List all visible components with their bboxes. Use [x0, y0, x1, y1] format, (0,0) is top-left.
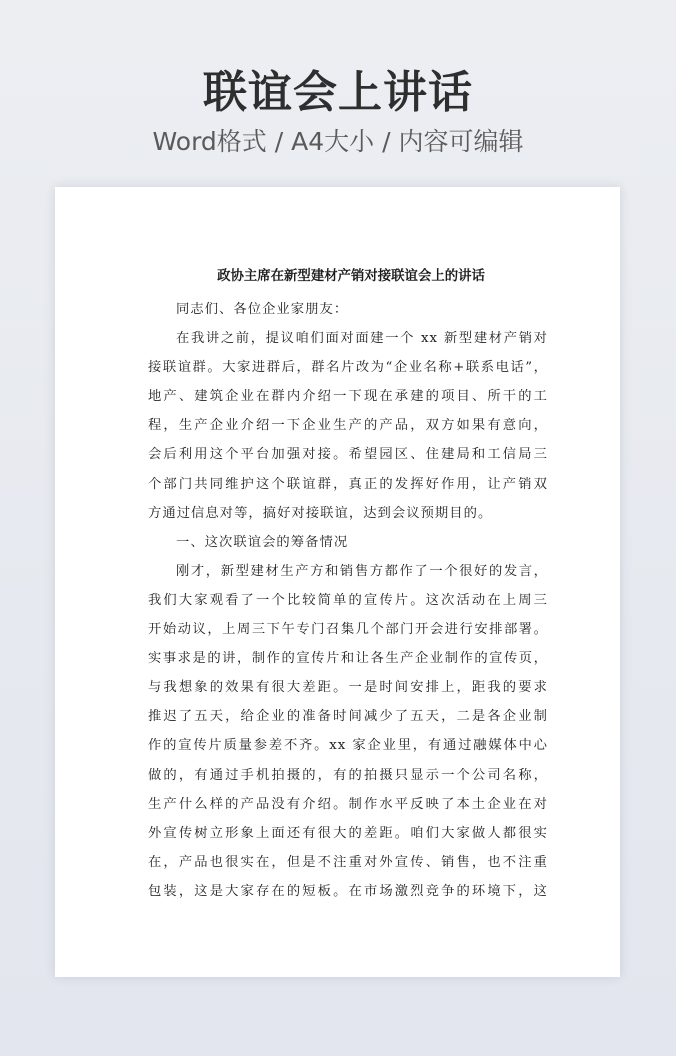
text-line: 接联谊群。大家进群后，群名片改为“企业名称+联系电话”，	[148, 353, 548, 382]
text-line: 方通过信息对等，搞好对接联谊，达到会议预期目的。	[148, 499, 548, 528]
intro-paragraph: 在我讲之前，提议咱们面对面建一个 xx 新型建材产销对 接联谊群。大家进群后，群…	[148, 324, 548, 528]
text-line: 生产什么样的产品没有介绍。制作水平反映了本土企业在对	[148, 790, 548, 819]
section-paragraph: 刚才，新型建材生产方和销售方都作了一个很好的发言， 我们大家观看了一个比较简单的…	[148, 557, 548, 906]
document-page: 政协主席在新型建材产销对接联谊会上的讲话 同志们、各位企业家朋友： 在我讲之前，…	[55, 187, 620, 977]
banner-title: 联谊会上讲话	[0, 62, 676, 124]
text-line: 做的，有通过手机拍摄的，有的拍摄只显示一个公司名称，	[148, 761, 548, 790]
text-line: 程，生产企业介绍一下企业生产的产品，双方如果有意向，	[148, 411, 548, 440]
section-heading: 一、这次联谊会的筹备情况	[148, 528, 548, 557]
text-line: 外宣传树立形象上面还有很大的差距。咱们大家做人都很实	[148, 819, 548, 848]
text-line: 推迟了五天，给企业的准备时间减少了五天，二是各企业制	[148, 702, 548, 731]
text-line: 开始动议，上周三下午专门召集几个部门开会进行安排部署。	[148, 615, 548, 644]
banner-subtitle: Word格式 / A4大小 / 内容可编辑	[0, 124, 676, 160]
text-line: 一、这次联谊会的筹备情况	[148, 528, 548, 557]
text-line: 在，产品也很实在，但是不注重对外宣传、销售，也不注重	[148, 848, 548, 877]
banner-header: 联谊会上讲话 Word格式 / A4大小 / 内容可编辑	[0, 62, 676, 160]
text-line: 地产、建筑企业在群内介绍一下现在承建的项目、所干的工	[148, 382, 548, 411]
document-body: 政协主席在新型建材产销对接联谊会上的讲话 同志们、各位企业家朋友： 在我讲之前，…	[148, 265, 548, 906]
text-line: 刚才，新型建材生产方和销售方都作了一个很好的发言，	[148, 557, 548, 586]
text-line: 同志们、各位企业家朋友：	[148, 295, 548, 324]
text-line: 作的宣传片质量参差不齐。xx 家企业里，有通过融媒体中心	[148, 731, 548, 760]
text-line: 实事求是的讲，制作的宣传片和让各生产企业制作的宣传页，	[148, 644, 548, 673]
text-line: 在我讲之前，提议咱们面对面建一个 xx 新型建材产销对	[148, 324, 548, 353]
text-line: 与我想象的效果有很大差距。一是时间安排上，距我的要求	[148, 673, 548, 702]
document-title: 政协主席在新型建材产销对接联谊会上的讲话	[154, 265, 548, 295]
text-line: 我们大家观看了一个比较简单的宣传片。这次活动在上周三	[148, 586, 548, 615]
text-line: 会后利用这个平台加强对接。希望园区、住建局和工信局三	[148, 440, 548, 469]
salutation-paragraph: 同志们、各位企业家朋友：	[148, 295, 548, 324]
text-line: 包装，这是大家存在的短板。在市场激烈竞争的环境下，这	[148, 877, 548, 906]
text-line: 个部门共同维护这个联谊群，真正的发挥好作用，让产销双	[148, 470, 548, 499]
